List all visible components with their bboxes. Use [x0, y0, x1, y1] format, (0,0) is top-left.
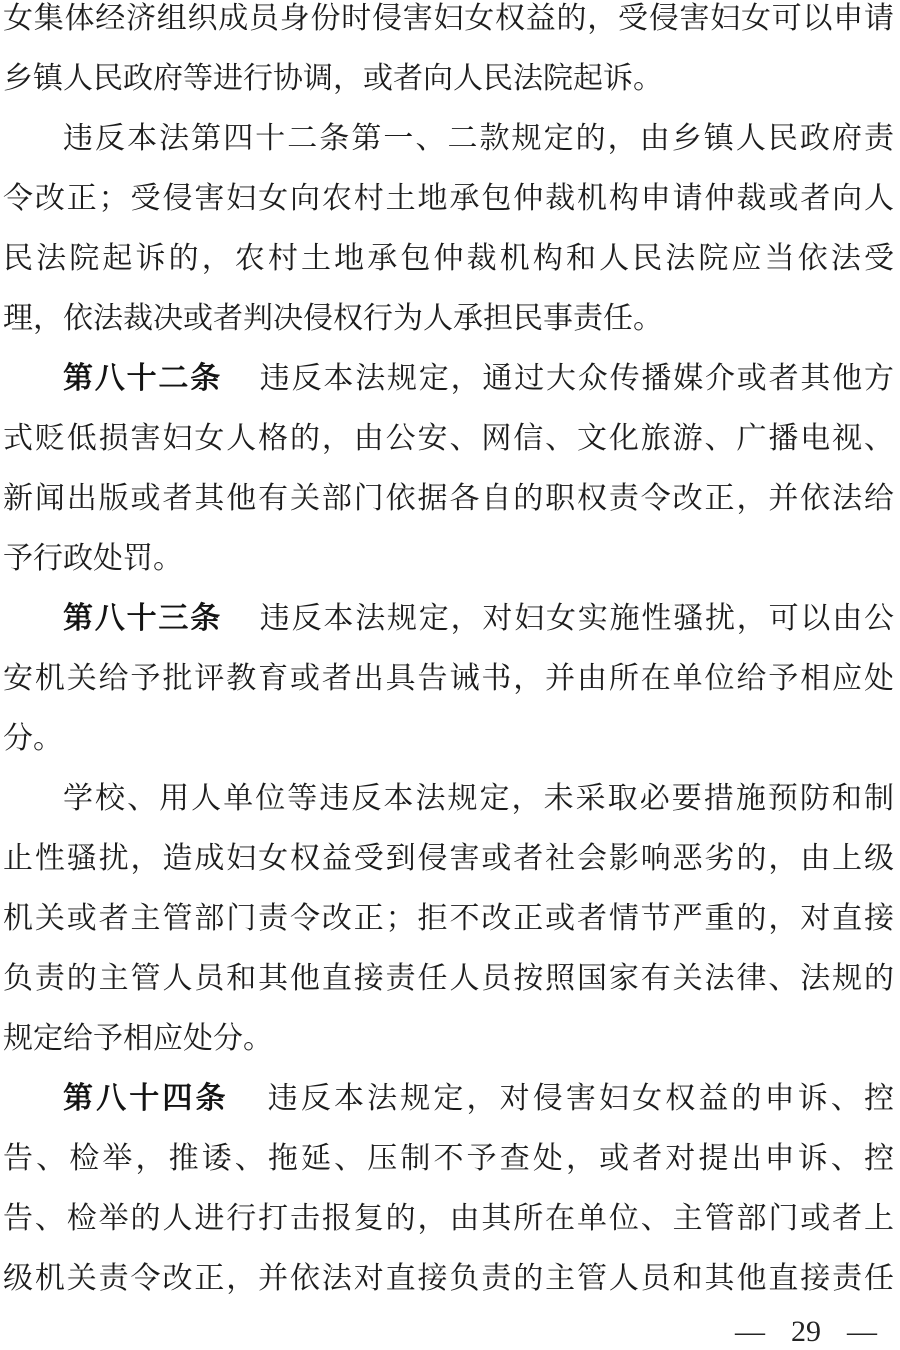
footer-right-dash: — — [847, 1316, 877, 1348]
text-line: 民法院起诉的，农村土地承包仲裁机构和人民法院应当依法受 — [3, 229, 894, 289]
text-line: 告、检举，推诿、拖延、压制不予查处，或者对提出申诉、控 — [3, 1129, 894, 1189]
text-line: 机关或者主管部门责令改正；拒不改正或者情节严重的，对直接 — [3, 889, 894, 949]
text-line: 第八十三条违反本法规定，对妇女实施性骚扰，可以由公 — [3, 589, 894, 649]
line-text: 违反本法规定，对侵害妇女权益的申诉、控 — [265, 1082, 894, 1115]
footer-left-dash: — — [735, 1316, 765, 1348]
text-line: 分。 — [3, 709, 894, 769]
text-line: 新闻出版或者其他有关部门依据各自的职权责令改正，并依法给 — [3, 469, 894, 529]
body-text-block: 女集体经济组织成员身份时侵害妇女权益的，受侵害妇女可以申请乡镇人民政府等进行协调… — [3, 0, 894, 1309]
text-line: 负责的主管人员和其他直接责任人员按照国家有关法律、法规的 — [3, 949, 894, 1009]
text-line: 告、检举的人进行打击报复的，由其所在单位、主管部门或者上 — [3, 1189, 894, 1249]
article-number: 第八十三条 — [63, 602, 222, 635]
text-line: 乡镇人民政府等进行协调，或者向人民法院起诉。 — [3, 49, 894, 109]
text-line: 级机关责令改正，并依法对直接负责的主管人员和其他直接责任 — [3, 1249, 894, 1309]
article-number: 第八十二条 — [63, 362, 222, 395]
text-line: 规定给予相应处分。 — [3, 1009, 894, 1069]
text-line: 止性骚扰，造成妇女权益受到侵害或者社会影响恶劣的，由上级 — [3, 829, 894, 889]
text-line: 违反本法第四十二条第一、二款规定的，由乡镇人民政府责 — [3, 109, 894, 169]
text-line: 女集体经济组织成员身份时侵害妇女权益的，受侵害妇女可以申请 — [3, 0, 894, 49]
document-page: 女集体经济组织成员身份时侵害妇女权益的，受侵害妇女可以申请乡镇人民政府等进行协调… — [0, 0, 900, 1350]
text-line: 学校、用人单位等违反本法规定，未采取必要措施预防和制 — [3, 769, 894, 829]
text-line: 第八十四条违反本法规定，对侵害妇女权益的申诉、控 — [3, 1069, 894, 1129]
article-number: 第八十四条 — [63, 1082, 229, 1115]
text-line: 第八十二条违反本法规定，通过大众传播媒介或者其他方 — [3, 349, 894, 409]
text-line: 安机关给予批评教育或者出具告诫书，并由所在单位给予相应处 — [3, 649, 894, 709]
text-line: 式贬低损害妇女人格的，由公安、网信、文化旅游、广播电视、 — [3, 409, 894, 469]
text-line: 理，依法裁决或者判决侵权行为人承担民事责任。 — [3, 289, 894, 349]
text-line: 令改正；受侵害妇女向农村土地承包仲裁机构申请仲裁或者向人 — [3, 169, 894, 229]
text-line: 予行政处罚。 — [3, 529, 894, 589]
page-number: 29 — [791, 1316, 821, 1348]
line-text: 违反本法规定，通过大众传播媒介或者其他方 — [258, 362, 894, 395]
line-text: 违反本法规定，对妇女实施性骚扰，可以由公 — [258, 602, 894, 635]
page-footer: — 29 — — [735, 1316, 877, 1348]
